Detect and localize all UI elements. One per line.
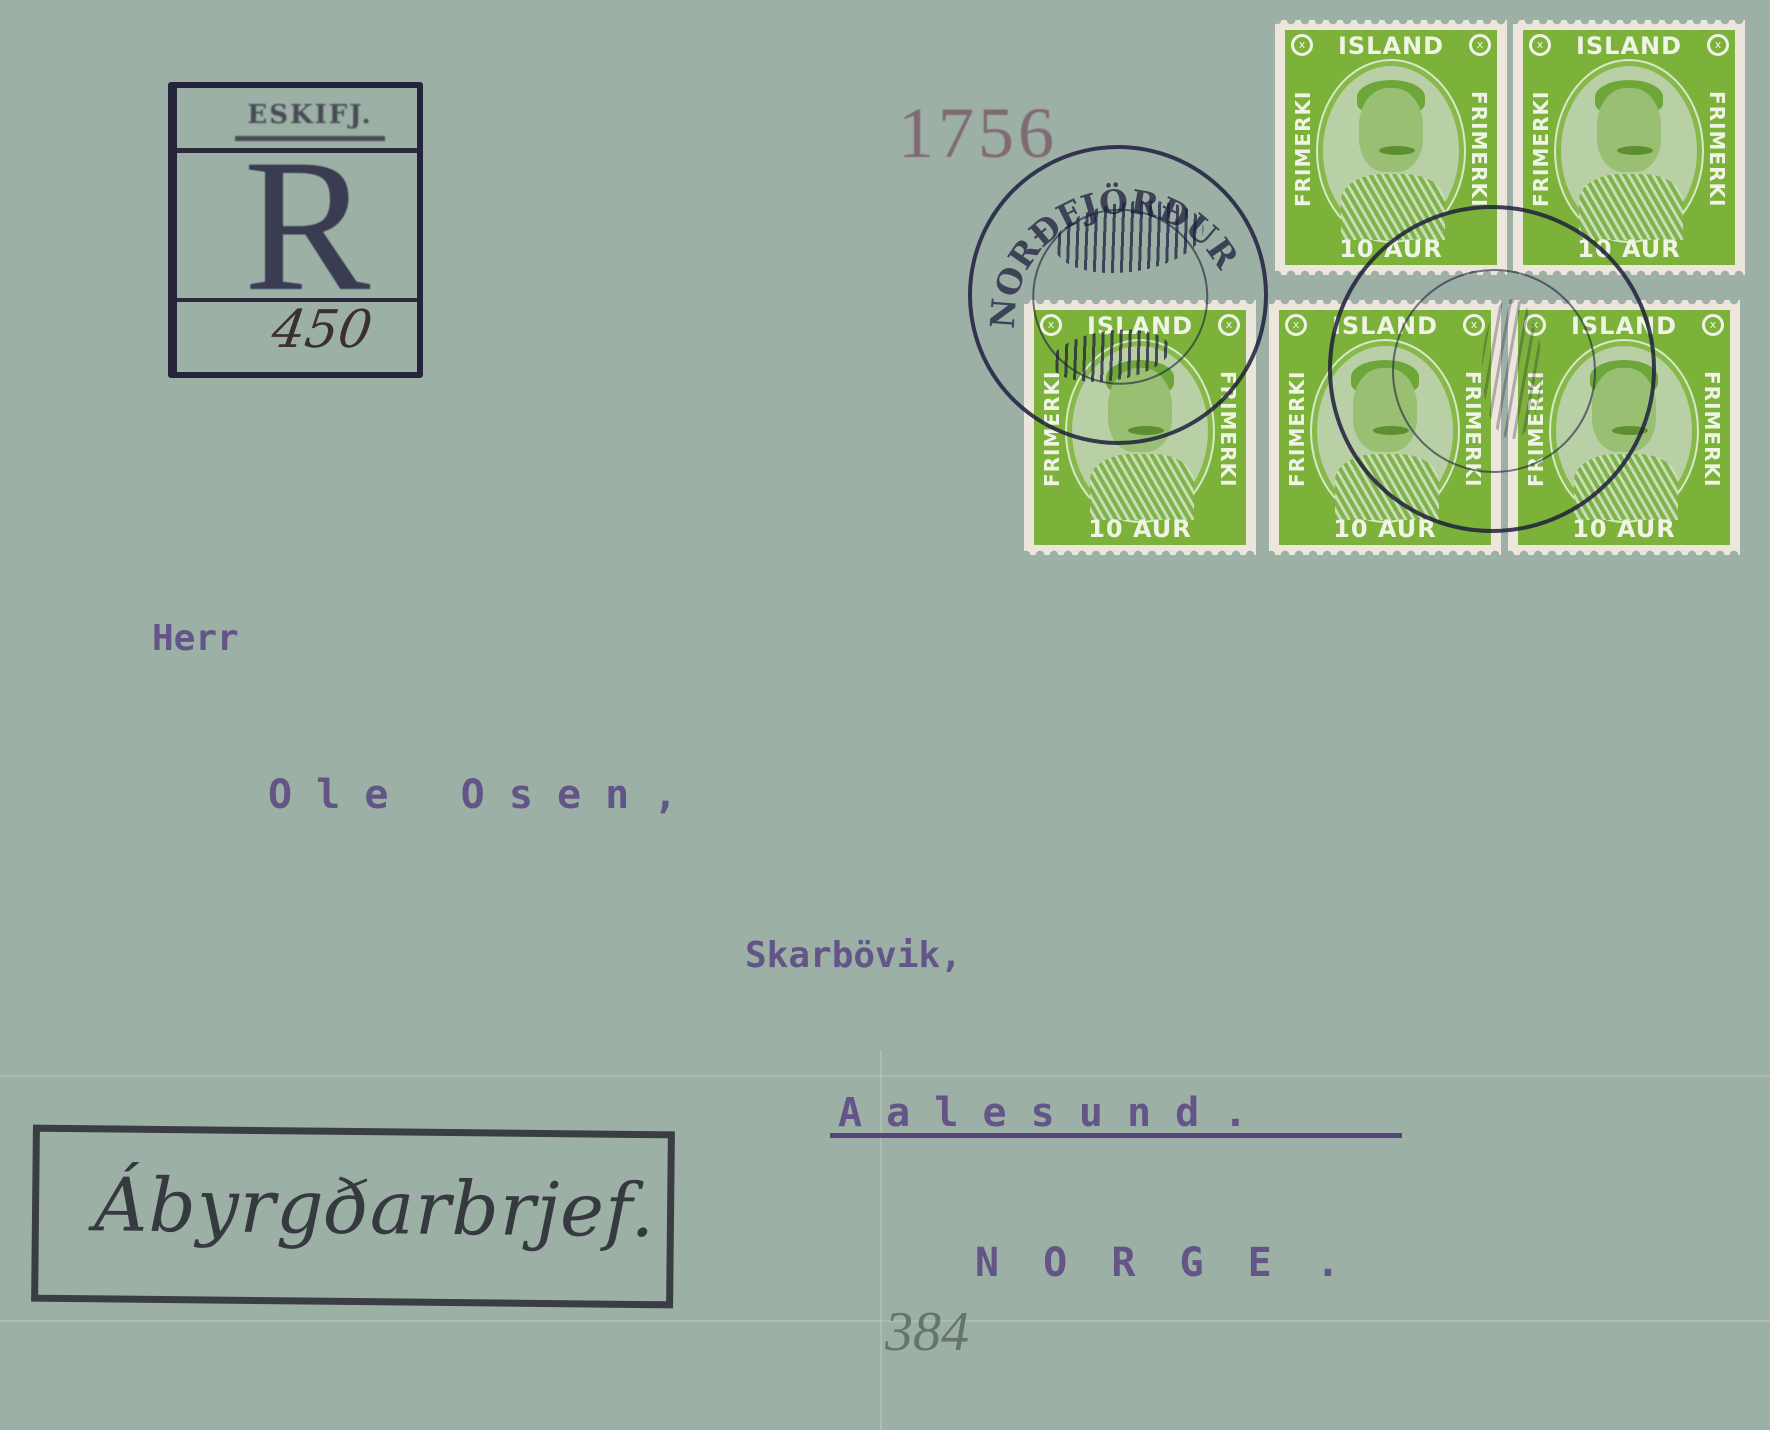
- pencil-number-top: 1756: [898, 92, 1058, 175]
- stamp-country: ISLAND: [1285, 32, 1497, 60]
- address-city: A a l e s u n d .: [838, 1090, 1247, 1136]
- paper-crease: [0, 1075, 1770, 1077]
- cachet-text: Ábyrgðarbrjef.: [94, 1162, 656, 1254]
- stamp-value: 10 AUR: [1285, 235, 1497, 263]
- stamp-side-text: FRIMERKI: [1040, 354, 1064, 504]
- stamp: x x ISLAND FRIMERKI FRIMERKI 10 AUR: [1024, 300, 1256, 555]
- stamp: x x ISLAND FRIMERKI FRIMERKI 10 AUR: [1269, 300, 1501, 555]
- stamp-side-text: FRIMERKI: [1524, 354, 1548, 504]
- stamp-country: ISLAND: [1279, 312, 1491, 340]
- stamp-country: ISLAND: [1523, 32, 1735, 60]
- stamp: x x ISLAND FRIMERKI FRIMERKI 10 AUR: [1513, 20, 1745, 275]
- address-place: Skarbövik,: [745, 935, 962, 976]
- stamp-country: ISLAND: [1034, 312, 1246, 340]
- stamp-side-text: FRIMERKI: [1705, 74, 1729, 224]
- stamp-value: 10 AUR: [1034, 515, 1246, 543]
- registration-label: ESKIFJ. R 450: [168, 82, 423, 378]
- city-underline: [830, 1133, 1402, 1138]
- stamp-value: 10 AUR: [1279, 515, 1491, 543]
- registration-letter: R: [222, 146, 392, 306]
- registration-number: 450: [233, 300, 411, 360]
- stamp-side-text: FRIMERKI: [1285, 354, 1309, 504]
- stamp-side-text: FRIMERKI: [1700, 354, 1724, 504]
- stamp-side-text: FRIMERKI: [1467, 74, 1491, 224]
- registered-cachet: Ábyrgðarbrjef.: [31, 1125, 675, 1309]
- address-country: N O R G E .: [975, 1240, 1350, 1286]
- address-name: O l e O s e n ,: [268, 772, 677, 818]
- pencil-number-bottom: 384: [885, 1300, 969, 1364]
- stamp-value: 10 AUR: [1523, 235, 1735, 263]
- stamp-side-text: FRIMERKI: [1291, 74, 1315, 224]
- envelope: ESKIFJ. R 450 1756 x x ISLAND FRIMERKI F…: [0, 0, 1770, 1430]
- stamp-value: 10 AUR: [1518, 515, 1730, 543]
- stamp-side-text: FRIMERKI: [1461, 354, 1485, 504]
- stamp-country: ISLAND: [1518, 312, 1730, 340]
- stamp: x x ISLAND FRIMERKI FRIMERKI 10 AUR: [1508, 300, 1740, 555]
- address-salutation: Herr: [152, 618, 239, 659]
- stamp-side-text: FRIMERKI: [1529, 74, 1553, 224]
- stamp-side-text: FRIMERKI: [1216, 354, 1240, 504]
- stamp: x x ISLAND FRIMERKI FRIMERKI 10 AUR: [1275, 20, 1507, 275]
